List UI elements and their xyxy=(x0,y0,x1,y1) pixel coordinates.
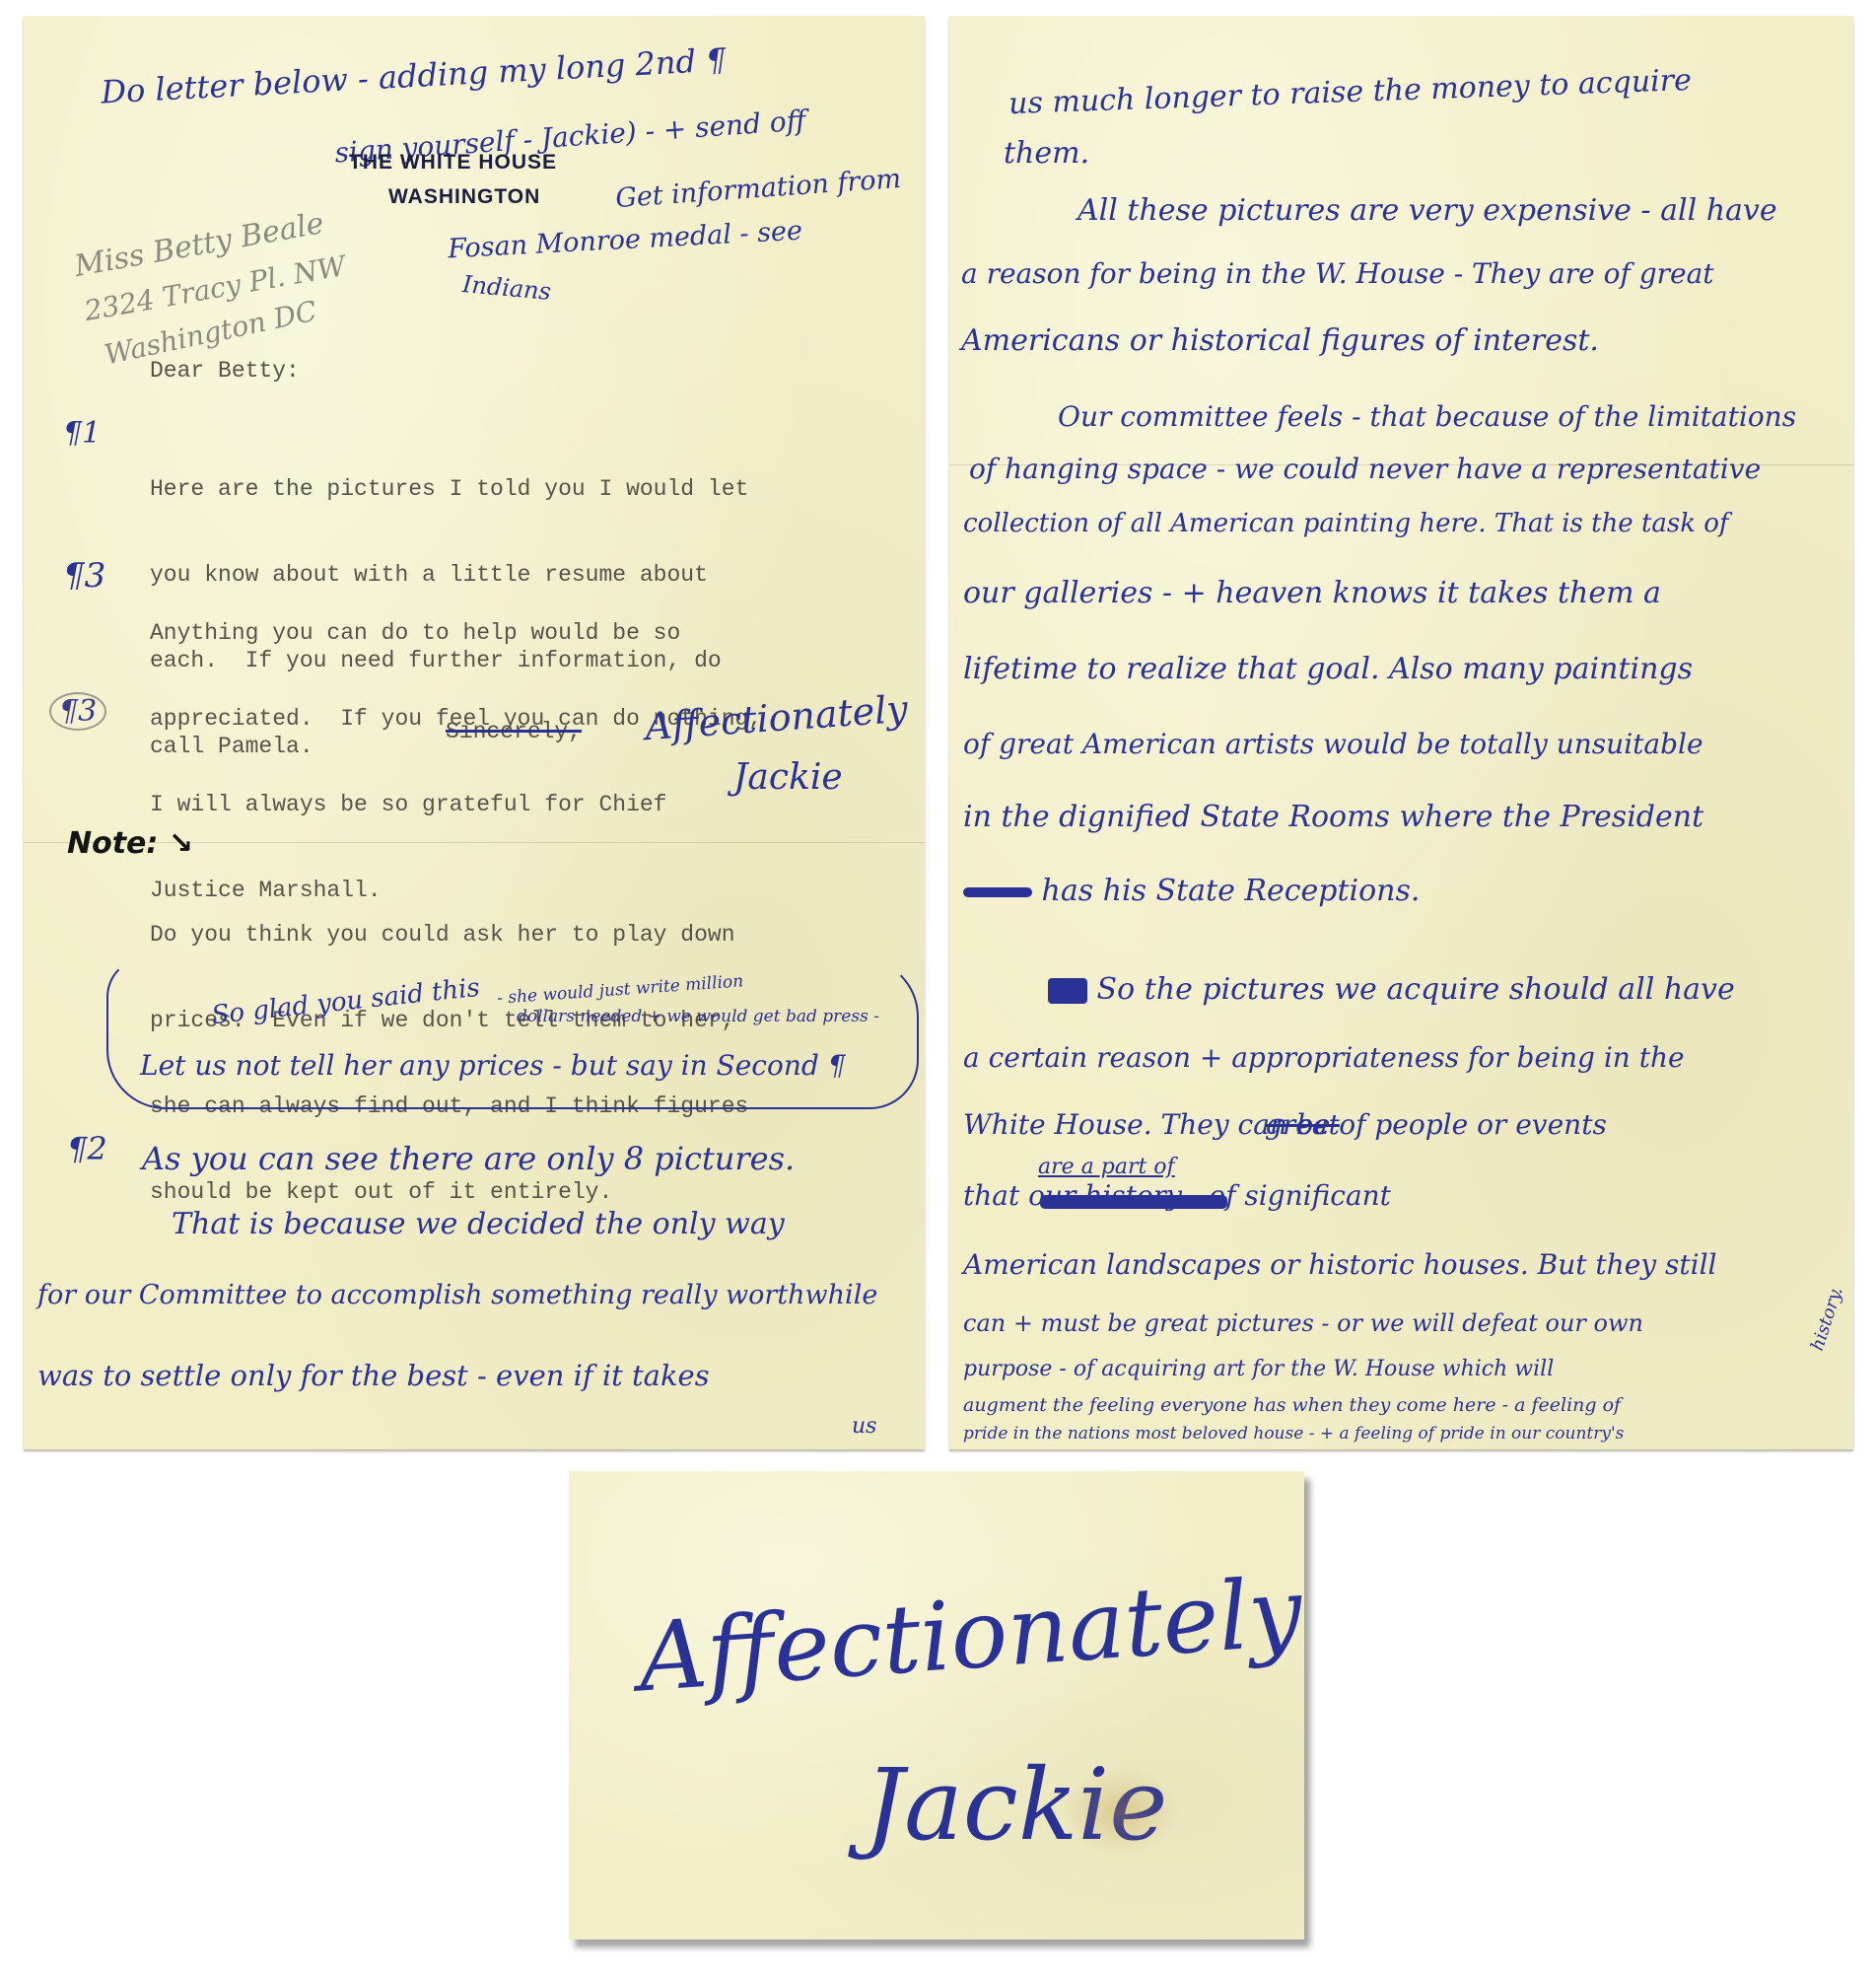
handwritten-note: Indians xyxy=(461,270,552,306)
handwritten-line: As you can see there are only 8 pictures… xyxy=(142,1140,795,1177)
handwritten-note: Fosan Monroe medal - see xyxy=(447,216,802,265)
salutation: Dear Betty: xyxy=(150,357,300,386)
letter-page-1: Do letter below - adding my long 2nd ¶ s… xyxy=(24,16,925,1449)
handwritten-line: our galleries - + heaven knows it takes … xyxy=(963,576,1661,610)
handwritten-line: purpose - of acquiring art for the W. Ho… xyxy=(963,1357,1554,1381)
handwritten-note: Get information from xyxy=(614,164,902,214)
handwritten-line: a reason for being in the W. House - The… xyxy=(961,257,1714,290)
handwritten-line: for our Committee to accomplish somethin… xyxy=(37,1280,877,1310)
handwritten-line: can + must be great pictures - or we wil… xyxy=(963,1309,1643,1337)
scribbled-out-word xyxy=(963,887,1032,897)
handwritten-line: them. xyxy=(1004,136,1089,171)
circled-paragraph-marker: ¶3 xyxy=(49,692,106,731)
paper-stain xyxy=(1062,1767,1180,1856)
paragraph-marker: ¶1 xyxy=(63,416,101,451)
handwritten-line: lifetime to realize that goal. Also many… xyxy=(963,652,1693,686)
handwritten-line: augment the feeling everyone has when th… xyxy=(963,1394,1621,1416)
handwritten-line: us much longer to raise the money to acq… xyxy=(1008,63,1693,121)
handwritten-instruction: Do letter below - adding my long 2nd ¶ xyxy=(100,40,727,110)
struck-word: great xyxy=(1265,1108,1340,1141)
signature-detail-inset: Affectionately Jackie xyxy=(569,1471,1304,1939)
handwritten-line: That is because we decided the only way xyxy=(172,1207,785,1241)
circled-reply-outline xyxy=(106,957,919,1109)
handwritten-line: was to settle only for the best - even i… xyxy=(37,1359,710,1392)
inserted-text: are a part of xyxy=(1038,1155,1175,1179)
handwritten-line: So the pictures we acquire should all ha… xyxy=(1048,972,1735,1007)
handwritten-line: All these pictures are very expensive - … xyxy=(1077,193,1777,228)
handwritten-reply: Let us not tell her any prices - but say… xyxy=(140,1049,846,1082)
handwritten-line: a certain reason + appropriateness for b… xyxy=(963,1041,1685,1074)
scribbled-out-mark xyxy=(1048,978,1087,1004)
handwritten-line: American landscapes or historic houses. … xyxy=(963,1248,1717,1281)
handwritten-line: in the dignified State Rooms where the P… xyxy=(963,800,1703,834)
paragraph-marker: ¶2 xyxy=(67,1130,107,1167)
handwritten-line: of great American artists would be total… xyxy=(963,728,1703,760)
letterhead-title: THE WHITE HOUSE xyxy=(349,151,557,175)
paragraph-marker: ¶3 xyxy=(63,556,105,596)
handwritten-line: Americans or historical figures of inter… xyxy=(961,323,1599,358)
inset-closing: Affectionately xyxy=(635,1557,1306,1714)
handwritten-line: of hanging space - we could never have a… xyxy=(969,453,1761,485)
signature: Jackie xyxy=(733,757,843,798)
struck-closing: Sincerely, xyxy=(446,718,582,746)
note-label: Note: ↘ xyxy=(67,826,193,861)
margin-note: history. xyxy=(1807,1285,1847,1354)
handwritten-reply-small: dollars needed + we would get bad press … xyxy=(517,1007,879,1026)
handwritten-line: has his State Receptions. xyxy=(963,874,1420,908)
scribbled-out-phrase xyxy=(1040,1195,1227,1209)
letter-page-2: us much longer to raise the money to acq… xyxy=(949,16,1853,1449)
handwritten-line: us xyxy=(852,1414,876,1439)
handwritten-line: collection of all American painting here… xyxy=(963,509,1729,538)
handwritten-line: Our committee feels - that because of th… xyxy=(1058,400,1796,433)
handwritten-line: pride in the nations most beloved house … xyxy=(963,1424,1624,1444)
letterhead-subtitle: WASHINGTON xyxy=(388,185,540,209)
